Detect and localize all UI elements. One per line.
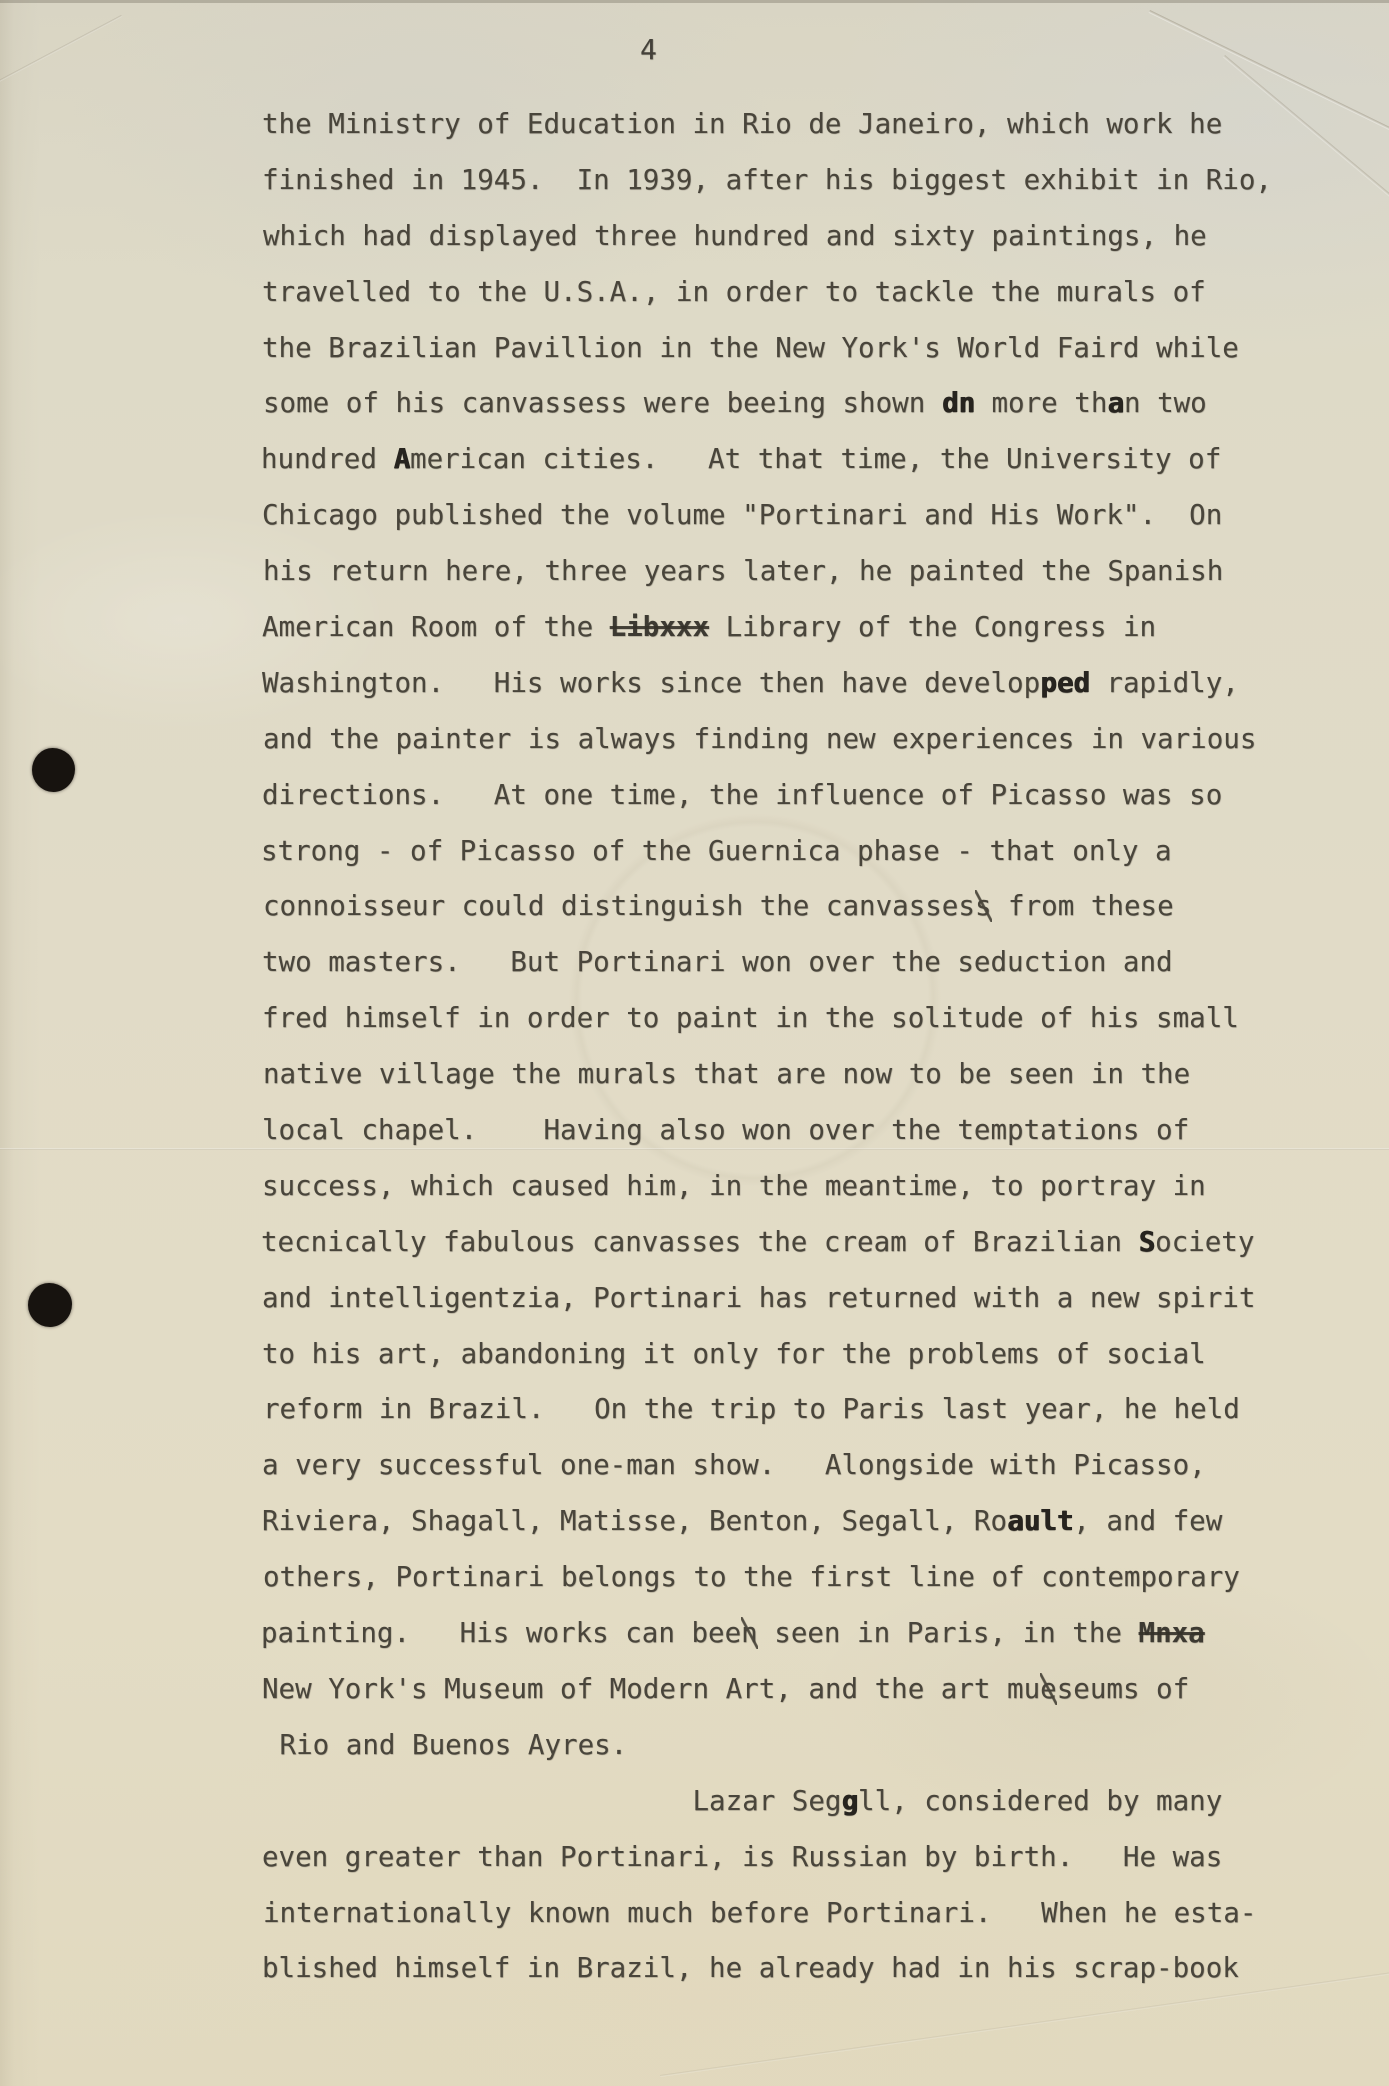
typed-segment: n two <box>1124 387 1207 419</box>
typed-line-7: hundred American cities. At that time, t… <box>261 432 1342 488</box>
typed-segment: Chicago published the volume "Portinari … <box>262 499 1222 531</box>
typed-line-6: some of his canvassess were beeing shown… <box>263 376 1342 432</box>
typed-segment: ociety <box>1155 1226 1254 1258</box>
typed-segment: which had displayed three hundred and si… <box>263 220 1207 252</box>
typed-line-15: connoisseur could distinguish the canvas… <box>263 879 1342 935</box>
typed-segment: Washington. His works since then have de… <box>262 667 1040 699</box>
typed-segment-corrected: s <box>975 890 992 922</box>
typed-segment: blished himself in Brazil, he already ha… <box>262 1952 1239 1984</box>
typed-line-33: internationally known much before Portin… <box>263 1886 1342 1942</box>
typed-segment: strong - of Picasso of the Guernica phas… <box>261 835 1172 867</box>
typed-line-12: and the painter is always finding new ex… <box>263 712 1342 768</box>
typed-line-13: directions. At one time, the influence o… <box>262 768 1342 824</box>
typed-line-8: Chicago published the volume "Portinari … <box>262 488 1342 544</box>
typed-segment: Riviera, Shagall, Matisse, Benton, Segal… <box>262 1505 1007 1537</box>
typed-segment: and intelligentzia, Portinari has return… <box>262 1282 1255 1314</box>
typed-segment: rapidly, <box>1090 667 1239 699</box>
typed-segment: directions. At one time, the influence o… <box>262 779 1222 811</box>
crease-top-left <box>0 15 122 92</box>
typed-line-20: success, which caused him, in the meanti… <box>262 1159 1342 1215</box>
typed-segment: seen in Paris, in the <box>758 1617 1139 1649</box>
typed-segment-corrected: ped <box>1040 667 1090 699</box>
typed-line-1: the Ministry of Education in Rio de Jane… <box>262 97 1342 153</box>
typed-segment: more th <box>975 387 1107 419</box>
typed-segment: fred himself in order to paint in the so… <box>262 1002 1239 1034</box>
typed-line-25: a very successful one-man show. Alongsid… <box>262 1438 1342 1494</box>
typed-segment: New York's Museum of Modern Art, and the… <box>262 1673 1040 1705</box>
typed-segment: to his art, abandoning it only for the p… <box>262 1338 1206 1370</box>
typed-segment: American Room of the <box>262 611 610 643</box>
typed-line-17: fred himself in order to paint in the so… <box>262 991 1342 1047</box>
typed-segment: connoisseur could distinguish the canvas… <box>263 890 975 922</box>
typed-line-28: painting. His works can been seen in Par… <box>261 1606 1342 1662</box>
typed-line-29: New York's Museum of Modern Art, and the… <box>262 1662 1342 1718</box>
hole-punch-bottom <box>28 1283 72 1327</box>
typed-segment: a very successful one-man show. Alongsid… <box>262 1449 1206 1481</box>
typed-line-34: blished himself in Brazil, he already ha… <box>262 1941 1342 1997</box>
typed-line-32: even greater than Portinari, is Russian … <box>262 1830 1342 1886</box>
typed-segment: internationally known much before Portin… <box>263 1897 1256 1929</box>
typed-segment: the Brazilian Pavillion in the New York'… <box>262 332 1239 364</box>
typed-segment: hundred <box>261 443 393 475</box>
typed-segment: two masters. But Portinari won over the … <box>262 946 1173 978</box>
typed-line-2: finished in 1945. In 1939, after his big… <box>262 153 1342 209</box>
typed-segment: his return here, three years later, he p… <box>263 555 1223 587</box>
typed-segment-corrected: e <box>1040 1673 1057 1705</box>
typed-line-19: local chapel. Having also won over the t… <box>262 1103 1342 1159</box>
typed-line-26: Riviera, Shagall, Matisse, Benton, Segal… <box>262 1494 1342 1550</box>
typewritten-text-block: the Ministry of Education in Rio de Jane… <box>262 97 1342 1997</box>
typed-segment-corrected: ault <box>1007 1505 1073 1537</box>
typed-segment: some of his canvassess were beeing shown <box>263 387 942 419</box>
hole-punch-top <box>32 748 75 792</box>
typed-line-3: which had displayed three hundred and si… <box>263 209 1342 265</box>
typed-line-31: Lazar Seggll, considered by many <box>262 1774 1342 1830</box>
typed-segment: the Ministry of Education in Rio de Jane… <box>262 108 1222 140</box>
typed-line-30: Rio and Buenos Ayres. <box>263 1718 1342 1774</box>
typed-segment-corrected: n <box>741 1617 758 1649</box>
typed-segment: success, which caused him, in the meanti… <box>262 1170 1206 1202</box>
typed-line-4: travelled to the U.S.A., in order to tac… <box>262 265 1342 321</box>
typed-line-22: and intelligentzia, Portinari has return… <box>262 1271 1342 1327</box>
typed-segment-corrected: a <box>1107 387 1124 419</box>
typed-segment-corrected: Mnxa <box>1139 1617 1205 1649</box>
typed-segment: Rio and Buenos Ayres. <box>263 1729 627 1761</box>
typed-segment: reform in Brazil. On the trip to Paris l… <box>263 1393 1240 1425</box>
typed-segment: from these <box>992 890 1174 922</box>
typed-segment: native village the murals that are now t… <box>263 1058 1190 1090</box>
page-number: 4 <box>640 22 657 78</box>
scanned-typewritten-page: { "page": { "number": "4" }, "colors": {… <box>0 0 1389 2086</box>
typed-line-23: to his art, abandoning it only for the p… <box>262 1327 1342 1383</box>
typed-line-9: his return here, three years later, he p… <box>263 544 1342 600</box>
typed-segment: Library of the Congress in <box>709 611 1156 643</box>
typed-line-16: two masters. But Portinari won over the … <box>262 935 1342 991</box>
typed-segment: travelled to the U.S.A., in order to tac… <box>262 276 1206 308</box>
typed-segment: painting. His works can bee <box>261 1617 741 1649</box>
typed-segment: local chapel. Having also won over the t… <box>262 1114 1189 1146</box>
typed-line-27: others, Portinari belongs to the first l… <box>263 1550 1342 1606</box>
typed-segment: merican cities. At that time, the Univer… <box>410 443 1221 475</box>
typed-segment-corrected: dn <box>942 387 975 419</box>
typed-segment: and the painter is always finding new ex… <box>263 723 1256 755</box>
typed-line-11: Washington. His works since then have de… <box>262 656 1342 712</box>
typed-segment: others, Portinari belongs to the first l… <box>263 1561 1240 1593</box>
typed-segment-corrected: Libxxx <box>610 611 709 643</box>
typed-line-10: American Room of the Libxxx Library of t… <box>262 600 1342 656</box>
paper-top-edge <box>0 0 1389 3</box>
typed-line-5: the Brazilian Pavillion in the New York'… <box>262 321 1342 377</box>
typed-line-14: strong - of Picasso of the Guernica phas… <box>261 824 1342 880</box>
typed-line-21: tecnically fabulous canvasses the cream … <box>261 1215 1342 1271</box>
typed-segment: ll, considered by many <box>858 1785 1222 1817</box>
typed-segment: tecnically fabulous canvasses the cream … <box>261 1226 1139 1258</box>
typed-segment: seums of <box>1057 1673 1189 1705</box>
typed-segment-corrected: S <box>1139 1226 1156 1258</box>
typed-line-18: native village the murals that are now t… <box>263 1047 1342 1103</box>
typed-segment: Lazar Seg <box>262 1785 841 1817</box>
typed-line-24: reform in Brazil. On the trip to Paris l… <box>263 1382 1342 1438</box>
typed-segment-corrected: g <box>841 1785 858 1817</box>
typed-segment: even greater than Portinari, is Russian … <box>262 1841 1222 1873</box>
typed-segment-corrected: A <box>393 443 410 475</box>
typed-segment: finished in 1945. In 1939, after his big… <box>262 164 1272 196</box>
typed-segment: , and few <box>1073 1505 1222 1537</box>
